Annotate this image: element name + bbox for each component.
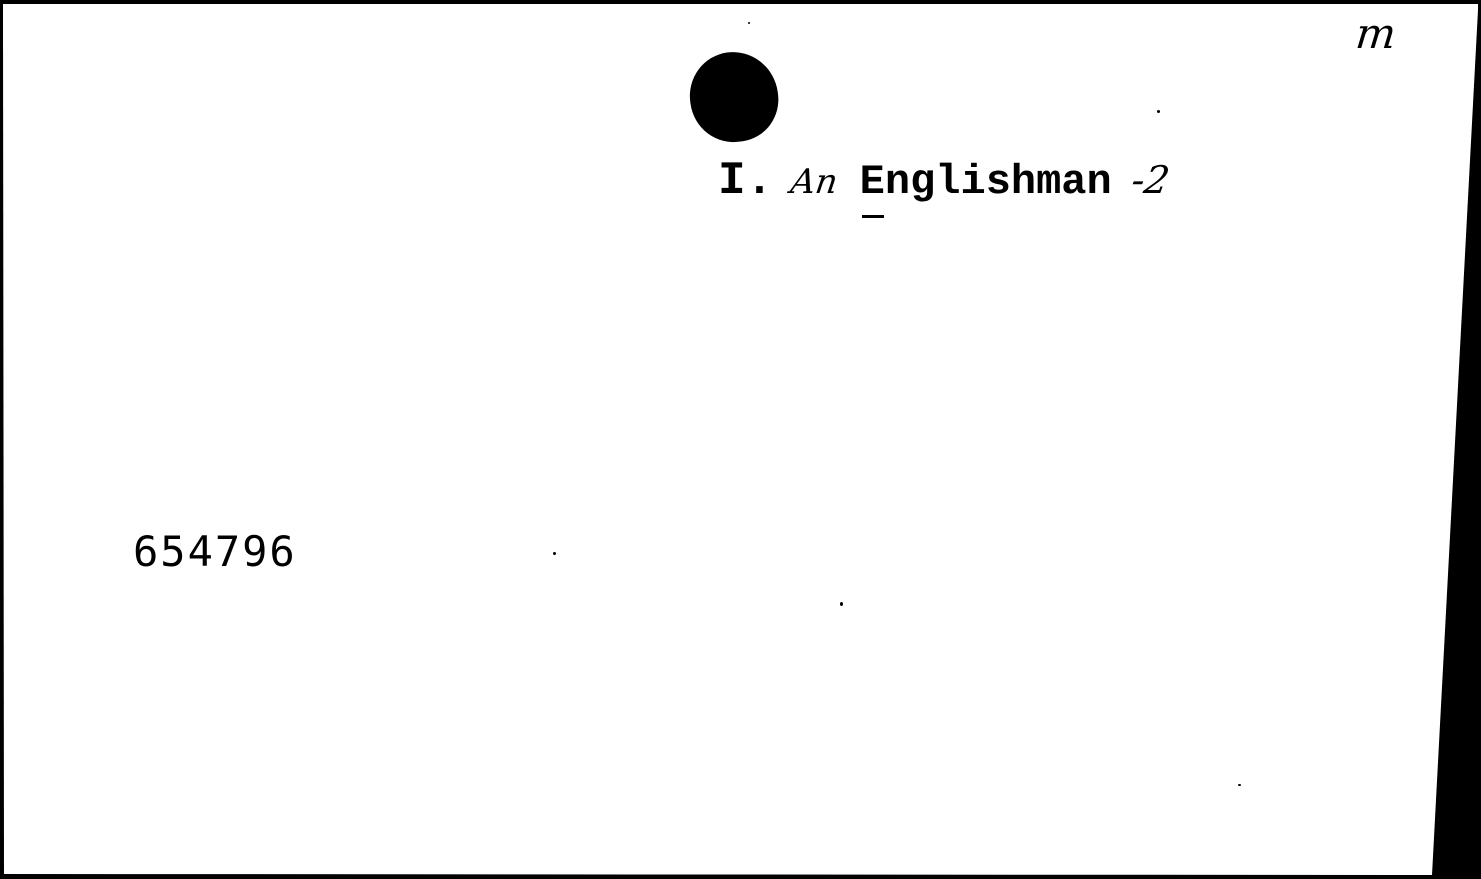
speck <box>840 602 843 606</box>
handwritten-article: An <box>787 152 842 212</box>
speck <box>553 552 556 555</box>
punch-hole <box>684 46 784 147</box>
index-card: m I.AnEnglishman-2 654796 <box>0 0 1481 879</box>
heading-numeral: I. <box>718 155 773 207</box>
heading-suffix: -2 <box>1126 150 1174 210</box>
card-number: 654796 <box>133 527 297 577</box>
speck <box>1157 110 1160 113</box>
speck <box>1238 784 1241 786</box>
scanned-card-image: m I.AnEnglishman-2 654796 <box>0 0 1481 879</box>
handwritten-initials: m <box>1354 14 1398 54</box>
speck <box>748 22 750 24</box>
card-heading: I.AnEnglishman-2 <box>718 150 1169 212</box>
heading-term: Englishman <box>860 158 1112 206</box>
